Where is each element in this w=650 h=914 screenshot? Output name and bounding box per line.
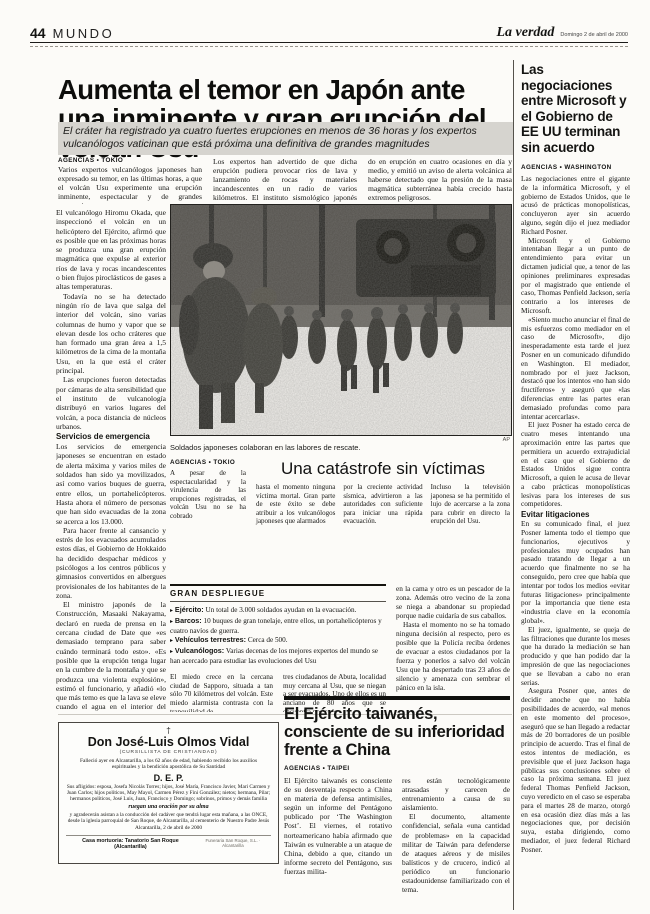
item-label: Ejército: — [175, 605, 204, 614]
catastrofe-headline: Una catástrofe sin víctimas — [256, 459, 510, 478]
lead-subhead: Servicios de emergencia — [56, 431, 166, 442]
page-header: 44 MUNDO La verdad Domingo 2 de abril de… — [30, 14, 628, 40]
despliegue-box: GRAN DESPLIEGUE Ejército: Un total de 3.… — [170, 584, 386, 666]
prayer-plea: ruegan una oración por su alma — [66, 804, 271, 811]
item-label: Vehículos terrestres: — [175, 635, 246, 644]
taiwan-paragraph: El Ejército taiwanés es consciente de su… — [284, 776, 392, 876]
catastrofe-section: AGENCIAS • TOKIO A pesar de la espectacu… — [170, 459, 510, 582]
catastrofe-text-4: Incluso la televisión japonesa se ha per… — [431, 483, 510, 526]
item-text: Un total de 3.000 soldados ayudan en la … — [205, 606, 356, 614]
despliegue-row: GRAN DESPLIEGUE Ejército: Un total de 3.… — [170, 584, 510, 712]
obituary-footer: Casa mortuoria: Tanatorio San Roque (Alc… — [66, 835, 271, 850]
taiwan-column-2: res están tecnológicamente atrasadas y c… — [402, 776, 510, 894]
microsoft-byline: AGENCIAS • WASHINGTON — [521, 164, 630, 172]
lead-byline: AGENCIAS • TOKIO — [58, 157, 202, 165]
newspaper-page: 44 MUNDO La verdad Domingo 2 de abril de… — [0, 0, 650, 914]
despliegue-item: Vehículos terrestres: Cerca de 500. — [170, 636, 386, 646]
catastrofe-text-3: por la creciente actividad sísmica, advi… — [343, 483, 422, 526]
photo-illustration — [171, 205, 511, 435]
deceased-role: (CURSILLISTA DE CRISTIANDAD) — [66, 750, 271, 756]
lead-paragraph: Para hacer frente al cansancio y estrés … — [56, 526, 166, 600]
intro-column-3: do en erupción en cuatro ocasiones en dí… — [368, 157, 512, 204]
catastrofe-byline: AGENCIAS • TOKIO — [170, 459, 246, 467]
taiwan-paragraph: El documento, altamente confidencial, se… — [402, 812, 510, 894]
microsoft-paragraph: El juez Posner ha estado cerca de cuatro… — [521, 421, 630, 509]
microsoft-paragraph: Asegura Posner que, antes de decidir ano… — [521, 687, 630, 854]
lead-paragraph: Todavía no se ha detectado ningún río de… — [56, 292, 166, 376]
cross-icon: † — [66, 727, 271, 735]
taiwan-headline: El Ejército taiwanés, consciente de su i… — [284, 705, 510, 759]
catastrofe-text-1: A pesar de la espectacularidad y la viru… — [170, 469, 246, 520]
microsoft-paragraph: El juez, igualmente, se queja de las fil… — [521, 626, 630, 688]
microsoft-article: Las negociaciones entre Microsoft y el G… — [521, 62, 630, 910]
news-photo-soldiers-in-snow — [170, 204, 512, 436]
taiwan-byline: AGENCIAS • TAIPEI — [284, 765, 510, 773]
intro-column-1: AGENCIAS • TOKIO Varios expertos vulcanó… — [58, 157, 202, 204]
lead-paragraph: El ministro japonés de la Construcción, … — [56, 600, 166, 712]
abuta-right-paragraph: en la cama y otro es un pescador de la z… — [396, 584, 510, 620]
place-date: Alcantarilla, 2 de abril de 2000 — [66, 825, 271, 831]
catastrofe-column-1: AGENCIAS • TOKIO A pesar de la espectacu… — [170, 459, 246, 582]
microsoft-paragraph: Microsoft y el Gobierno intentaban llega… — [521, 237, 630, 316]
lead-intro-columns: AGENCIAS • TOKIO Varios expertos vulcanó… — [58, 157, 512, 204]
photo-caption: Soldados japoneses colaboran en las labo… — [170, 443, 510, 452]
catastrofe-columns: hasta el momento ninguna víctima mortal.… — [256, 483, 510, 526]
taiwan-article: El Ejército taiwanés, consciente de su i… — [284, 696, 510, 914]
sidebar-divider — [513, 60, 514, 910]
lead-body-column: El vulcanólogo Hiromu Okada, que inspecc… — [56, 208, 166, 712]
family-list: Sus afligidos: esposa, Josefa Nicolás To… — [66, 784, 271, 803]
taiwan-paragraph: res están tecnológicamente atrasadas y c… — [402, 776, 510, 812]
page-number: 44 — [30, 26, 46, 40]
catastrofe-right: Una catástrofe sin víctimas hasta el mom… — [256, 459, 510, 582]
deceased-name: Don José-Luis Olmos Vidal — [66, 736, 271, 749]
section-header: 44 MUNDO — [30, 26, 114, 40]
taiwan-column-1: El Ejército taiwanés es consciente de su… — [284, 776, 392, 894]
despliegue-left: GRAN DESPLIEGUE Ejército: Un total de 3.… — [170, 584, 386, 712]
lead-deck: El cráter ha registrado ya cuatro fuerte… — [58, 122, 514, 155]
despliegue-item: Ejército: Un total de 3.000 soldados ayu… — [170, 606, 386, 616]
masthead-block: La verdad Domingo 2 de abril de 2000 — [496, 26, 628, 40]
microsoft-body: Las negociaciones entre el gigante de la… — [521, 175, 630, 855]
intro-text-1: Varios expertos vulcanólogos japoneses h… — [58, 165, 202, 204]
despliegue-item: Vulcanólogos: Varias decenas de los mejo… — [170, 647, 386, 666]
deceased-line: Falleció ayer en Alcantarilla, a los 62 … — [70, 758, 267, 771]
lead-paragraph: Los servicios de emergencia japoneses se… — [56, 442, 166, 526]
obituary-notice: † Don José-Luis Olmos Vidal (CURSILLISTA… — [58, 722, 279, 864]
dep-abbreviation: D. E. P. — [66, 773, 271, 783]
lead-paragraph: El vulcanólogo Hiromu Okada, que inspecc… — [56, 208, 166, 292]
abuta-right-column: en la cama y otro es un pescador de la z… — [396, 584, 510, 712]
despliegue-item: Barcos: 10 buques de gran tonelaje, entr… — [170, 617, 386, 636]
abuta-right-paragraph: Hasta el momento no se ha tomado ninguna… — [396, 620, 510, 692]
intro-text-2: Los expertos han advertido de que dicha … — [213, 157, 357, 204]
item-text: 10 buques de gran tonelaje, entre ellos,… — [170, 617, 382, 635]
microsoft-headline: Las negociaciones entre Microsoft y el G… — [521, 62, 630, 155]
despliegue-title: GRAN DESPLIEGUE — [170, 589, 386, 602]
header-rule — [30, 42, 628, 43]
edition-date: Domingo 2 de abril de 2000 — [560, 32, 628, 38]
lead-paragraph: Las erupciones fueron detectadas por cám… — [56, 375, 166, 431]
funeral-home-info: Funeraria San Roque, S.L. · Alcantarilla — [195, 838, 271, 848]
microsoft-paragraph: Las negociaciones entre el gigante de la… — [521, 175, 630, 237]
mortuary-info: Casa mortuoria: Tanatorio San Roque (Alc… — [66, 838, 195, 850]
intro-text-3: do en erupción en cuatro ocasiones en dí… — [368, 157, 512, 202]
microsoft-paragraph: En su comunicado final, el juez Posner l… — [521, 520, 630, 626]
item-label: Vulcanólogos: — [175, 646, 224, 655]
funeral-notice: y agradecerán asistan a la conducción de… — [66, 812, 271, 825]
masthead: La verdad — [496, 26, 554, 40]
abuta-text-1: El miedo crece en la cercana ciudad de S… — [170, 673, 273, 712]
taiwan-columns: El Ejército taiwanés es consciente de su… — [284, 776, 510, 894]
section-name: MUNDO — [53, 27, 115, 40]
catastrofe-text-2: hasta el momento ninguna víctima mortal.… — [256, 483, 335, 526]
intro-column-2: Los expertos han advertido de que dicha … — [213, 157, 357, 204]
microsoft-paragraph: «Siento mucho anunciar el final de mis e… — [521, 316, 630, 422]
item-label: Barcos: — [175, 616, 202, 625]
header-rule-dashed — [30, 46, 628, 47]
item-text: Cerca de 500. — [248, 636, 288, 644]
